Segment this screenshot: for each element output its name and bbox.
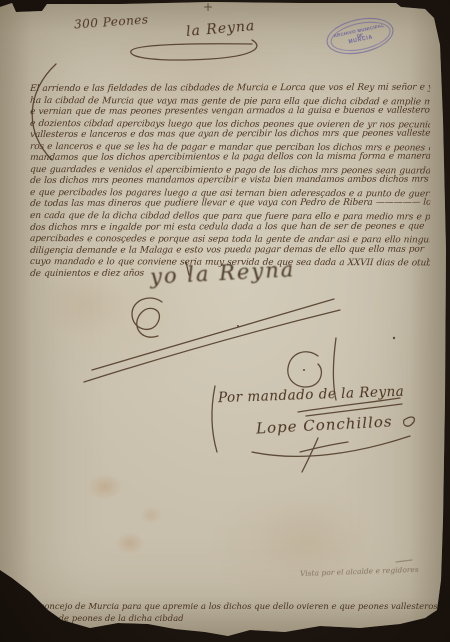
manuscript-line: vallesteros e lanceros e dos mas que aya… (30, 129, 431, 142)
rubric-dot (237, 325, 239, 327)
secretary-descender (302, 438, 318, 472)
cross-mark: + (203, 0, 213, 14)
royal-heading: la Reyna (185, 18, 256, 40)
secretary-paraph (404, 417, 415, 426)
heading-oval-flourish (131, 40, 257, 60)
ink-speck (393, 337, 395, 339)
order-bracket (212, 386, 217, 452)
faint-dash (396, 560, 412, 562)
circle-flourish-dot (303, 369, 305, 371)
foxing-stain (140, 506, 162, 524)
manuscript-line: El arriendo e las fieldades de las cibda… (30, 83, 431, 96)
archival-note: 300 Peones (74, 12, 149, 31)
manuscript-line: e vernian que de mas peones presentes ve… (30, 106, 431, 119)
foxing-stain (88, 474, 122, 500)
address-line-2: dichos de peones de la dicha cibdad (28, 614, 184, 624)
manuscript-line: dos dichos mrs e ingalde por mi esta ced… (30, 221, 431, 234)
address-line-1: Al concejo de Murcia para que apremie a … (28, 602, 442, 612)
water-stain (40, 270, 130, 340)
secretary-signature: Lope Conchillos (256, 412, 393, 437)
stamp-line-1: ARCHIVO MUNICIPAL (333, 23, 385, 39)
examination-note: Vista por el alcalde e regidores (300, 565, 419, 578)
manuscript-line: de los dichos mrs peones mandamos aperci… (30, 175, 431, 188)
archive-stamp: ARCHIVO MUNICIPAL DE MURCIA (323, 12, 397, 59)
order-clause: Por mandado de la Reyna (218, 384, 405, 406)
queen-rubric-stroke (92, 299, 334, 370)
queen-rubric-stroke (84, 310, 340, 382)
manuscript-line: de todas las mas dineros que pudiere lle… (30, 198, 431, 211)
circle-flourish (288, 352, 322, 387)
stamp-line-3: MURCIA (348, 36, 373, 47)
manuscript-body: El arriendo e las fieldades de las cibda… (30, 84, 430, 280)
queen-rubric-loop (132, 298, 162, 337)
manuscript-paper: + 300 Peones la Reyna ARCHIVO MUNICIPAL … (0, 0, 450, 642)
scan-background: + 300 Peones la Reyna ARCHIVO MUNICIPAL … (0, 0, 450, 642)
secretary-cross-stroke (300, 442, 348, 452)
secretary-underline (252, 436, 410, 456)
manuscript-line: diligençia demande e la Malaga e esto vo… (30, 244, 431, 257)
manuscript-line: mandamos que los dichos apercibimientos … (30, 152, 431, 165)
foxing-stain (116, 532, 144, 554)
stamp-line-2: DE (356, 33, 363, 39)
